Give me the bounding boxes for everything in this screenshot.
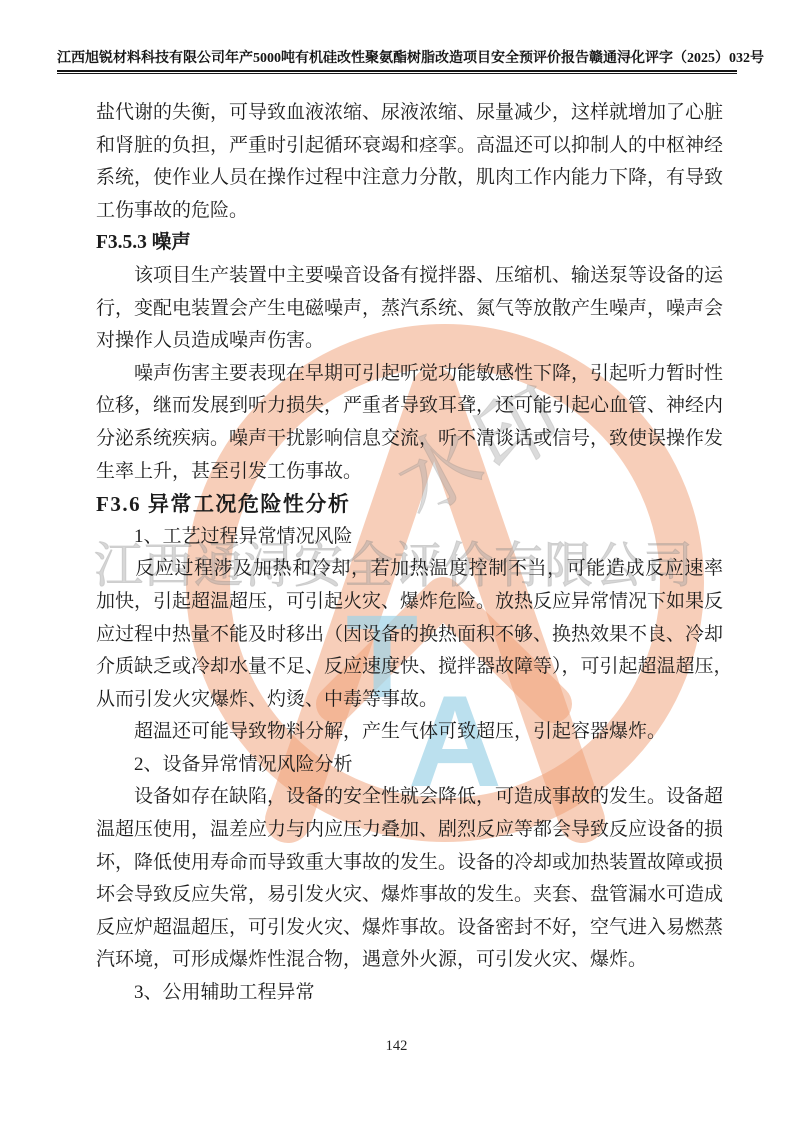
document-body: 盐代谢的失衡，可导致血液浓缩、尿液浓缩、尿量减少，这样就增加了心脏和肾脏的负担，… xyxy=(96,97,723,1010)
paragraph-line: 温超压使用，温差应力与内应压力叠加、剧烈反应等都会导致反应设备的损 xyxy=(96,814,723,847)
paragraph-line: 噪声伤害主要表现在早期可引起听觉功能敏感性下降，引起听力暂时性 xyxy=(96,358,723,391)
paragraph-line: 盐代谢的失衡，可导致血液浓缩、尿液浓缩、尿量减少，这样就增加了心脏 xyxy=(96,97,723,130)
paragraph-line: 设备如存在缺陷，设备的安全性就会降低，可造成事故的发生。设备超 xyxy=(96,781,723,814)
paragraph-line: 从而引发火灾爆炸、灼烫、中毒等事故。 xyxy=(96,684,723,717)
paragraph-line: 坏会导致反应失常，易引发火灾、爆炸事故的发生。夹套、盘管漏水可造成 xyxy=(96,879,723,912)
paragraph-line: 介质缺乏或冷却水量不足、反应速度快、搅拌器故障等），可引起超温超压， xyxy=(96,651,723,684)
paragraph-line: 和肾脏的负担，严重时引起循环衰竭和痉挛。高温还可以抑制人的中枢神经 xyxy=(96,130,723,163)
paragraph-line: 坏，降低使用寿命而导致重大事故的发生。设备的冷却或加热装置故障或损 xyxy=(96,847,723,880)
paragraph-line: 分泌系统疾病。噪声干扰影响信息交流，听不清谈话或信号，致使误操作发 xyxy=(96,423,723,456)
paragraph-line: 该项目生产装置中主要噪音设备有搅拌器、压缩机、输送泵等设备的运 xyxy=(96,260,723,293)
page-header: 江西旭锐材料科技有限公司年产5000吨有机硅改性聚氨酯树脂改造项目安全预评价报告… xyxy=(57,47,737,67)
page-number: 142 xyxy=(0,1038,793,1055)
paragraph-line: 行，变配电装置会产生电磁噪声，蒸汽系统、氮气等放散产生噪声，噪声会 xyxy=(96,293,723,326)
paragraph-line: 反应过程涉及加热和冷却，若加热温度控制不当，可能造成反应速率 xyxy=(96,553,723,586)
paragraph-line: 对操作人员造成噪声伤害。 xyxy=(96,325,723,358)
paragraph-line: 3、公用辅助工程异常 xyxy=(96,977,723,1010)
paragraph-line: 工伤事故的危险。 xyxy=(96,195,723,228)
paragraph-line: 2、设备异常情况风险分析 xyxy=(96,749,723,782)
header-doc-number: 赣通浔化评字（2025）032号 xyxy=(589,47,764,67)
paragraph-line: 反应炉超温超压，可引发火灾、爆炸事故。设备密封不好，空气进入易燃蒸 xyxy=(96,912,723,945)
paragraph-line: 位移，继而发展到听力损失，严重者导致耳聋，还可能引起心血管、神经内 xyxy=(96,390,723,423)
paragraph-line: 1、工艺过程异常情况风险 xyxy=(96,521,723,554)
section-heading: F3.6 异常工况危险性分析 xyxy=(96,488,723,521)
paragraph-line: 生率上升，甚至引发工伤事故。 xyxy=(96,456,723,489)
header-report-title: 江西旭锐材料科技有限公司年产5000吨有机硅改性聚氨酯树脂改造项目安全预评价报告 xyxy=(57,47,589,67)
paragraph-line: 应过程中热量不能及时移出（因设备的换热面积不够、换热效果不良、冷却 xyxy=(96,619,723,652)
document-page: 江西通浔安全评价有限公司 水印 T A 江西旭锐材料科技有限公司年产5000吨有… xyxy=(0,0,793,1122)
paragraph-line: 加快，引起超温超压，可引起火灾、爆炸危险。放热反应异常情况下如果反 xyxy=(96,586,723,619)
header-divider xyxy=(57,70,737,74)
heading: F3.5.3 噪声 xyxy=(96,227,723,260)
paragraph-line: 系统，使作业人员在操作过程中注意力分散，肌肉工作内能力下降，有导致 xyxy=(96,162,723,195)
paragraph-line: 超温还可能导致物料分解，产生气体可致超压，引起容器爆炸。 xyxy=(96,716,723,749)
paragraph-line: 汽环境，可形成爆炸性混合物，遇意外火源，可引发火灾、爆炸。 xyxy=(96,944,723,977)
